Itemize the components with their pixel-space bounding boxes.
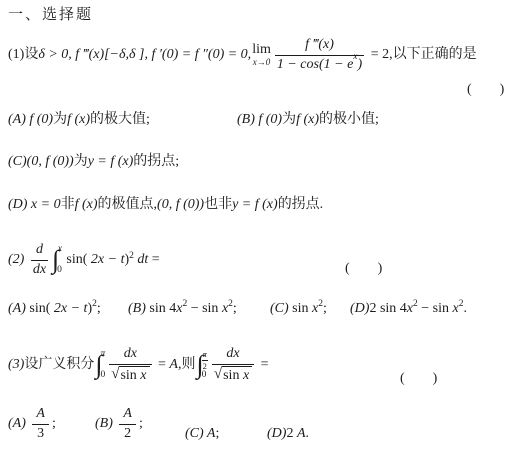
lim-subscript: x→0 xyxy=(253,58,271,67)
integral-limits: π 0 xyxy=(100,349,105,381)
fraction-numerator: A xyxy=(119,406,136,424)
text-segment: 2 xyxy=(124,426,131,442)
text-segment: (C) A xyxy=(185,426,215,443)
text-segment: A xyxy=(123,406,132,421)
text-segment: − sin xyxy=(187,301,222,318)
text-segment: 的极值点, xyxy=(98,197,158,214)
q2-ddx-fraction: d dx xyxy=(31,242,48,277)
text-segment: ; xyxy=(215,426,219,443)
text-segment: (D) xyxy=(267,426,286,443)
text-segment: (C)(0, f (0)) xyxy=(8,154,74,171)
q1-option-c: (C)(0, f (0))为y = f (x)的拐点; xyxy=(8,154,179,171)
sqrt-sign: √ xyxy=(214,366,222,383)
text-segment: − sin xyxy=(418,301,453,318)
q1-fraction: f ‴(x) 1 − cos(1 − ex) xyxy=(275,37,364,72)
q3-answer-brackets: ( ) xyxy=(400,371,438,388)
upper-limit-denominator: 2 xyxy=(203,361,207,371)
q1-option-b: (B) f (0)为f (x)的极小值; xyxy=(237,112,379,129)
upper-limit-fraction: π 2 xyxy=(202,350,208,370)
fraction-denominator: √ sin x xyxy=(109,365,151,384)
text-segment: sin xyxy=(292,301,312,318)
text-segment: 2 sin 4 xyxy=(369,301,406,318)
text-segment: 2 xyxy=(413,299,418,310)
q3-option-a-tail: ; xyxy=(52,416,56,433)
q3-option-a: (A) A 3 ; xyxy=(8,403,56,445)
text-segment: dt xyxy=(137,252,148,267)
text-segment: (2) xyxy=(8,252,28,267)
text-segment: 设广义积分 xyxy=(24,357,94,372)
text-segment: 为 xyxy=(74,154,88,171)
text-segment: f (x) xyxy=(67,112,90,129)
lim-text: lim xyxy=(252,43,271,57)
text-segment: A xyxy=(36,406,45,421)
q3-option-b-tail: ; xyxy=(139,416,143,433)
q3-integral-2: ∫ π 2 0 xyxy=(196,349,207,381)
text-segment: = 2, xyxy=(367,47,392,62)
text-segment: x xyxy=(140,368,146,383)
text-segment: f ′(0) = f ″(0) = 0, xyxy=(151,47,251,62)
integral-lower-limit: 0 xyxy=(57,266,62,276)
text-segment: sin( xyxy=(63,252,91,267)
integral-limits: π 2 0 xyxy=(202,349,208,381)
text-segment: ; xyxy=(233,301,237,318)
q3-option-c: (C) A; xyxy=(185,426,219,443)
text-segment: = xyxy=(257,357,268,372)
text-segment: 2 xyxy=(129,251,134,261)
integral-upper-limit: x xyxy=(58,245,62,255)
q3-option-a-fraction: A 3 xyxy=(32,406,49,441)
text-segment: ) xyxy=(358,57,363,73)
limit-operator: lim x→0 xyxy=(252,43,271,67)
q3-fraction-1: dx √ sin x xyxy=(109,346,151,383)
text-segment: 2x − t xyxy=(54,301,88,318)
text-segment: = xyxy=(155,357,170,372)
question-2-stem: (2) d dx ∫ x 0 sin( 2x − t)2 dt = xyxy=(8,240,160,280)
q3-mid-text: = A,则 xyxy=(155,357,196,374)
text-segment: 2 xyxy=(318,299,323,310)
text-segment: = xyxy=(148,252,159,267)
text-segment: 2x − t xyxy=(91,252,125,267)
q3-option-b-fraction: A 2 xyxy=(119,406,136,441)
q3-head-text: (3)设广义积分 xyxy=(8,357,94,374)
question-1-stem: (1)设δ > 0, f ‴(x)[−δ,δ ], f ′(0) = f ″(0… xyxy=(8,32,477,78)
q2-option-b: (B) sin 4x2 − sin x2; xyxy=(128,301,237,318)
text-segment: ; xyxy=(52,416,56,431)
text-segment: 2 xyxy=(182,299,187,310)
q3-option-b: (B) A 2 ; xyxy=(95,403,143,445)
radicand: sin x xyxy=(119,366,149,384)
text-segment: A xyxy=(297,426,306,443)
text-segment: ; xyxy=(139,416,143,431)
text-segment: 为 xyxy=(53,112,67,129)
text-segment: sin xyxy=(120,368,140,383)
text-segment: dx xyxy=(226,346,239,361)
fraction-denominator: 2 xyxy=(122,425,133,442)
text-segment: (B) f (0) xyxy=(237,112,282,129)
text-segment: 1 − cos(1 − e xyxy=(277,57,353,73)
fraction-denominator: √ sin x xyxy=(212,365,254,384)
text-segment: δ > 0, xyxy=(38,47,75,62)
fraction-numerator: dx xyxy=(212,346,254,364)
q1-option-d: (D) x = 0非f (x)的极值点,(0, f (0))也非y = f (x… xyxy=(8,197,323,214)
text-segment: (0, f (0)) xyxy=(157,197,204,214)
text-segment: (D) xyxy=(350,301,369,318)
text-segment: 的极小值; xyxy=(319,112,379,129)
sqrt-sign: √ xyxy=(111,366,119,383)
text-segment: f (x) xyxy=(296,112,319,129)
text-segment: 也非 xyxy=(204,197,232,214)
q3-option-d: (D)2 A. xyxy=(267,426,309,443)
text-segment: (A) xyxy=(8,416,29,431)
text-segment: 2 xyxy=(459,299,464,310)
q1-option-a: (A) f (0)为f (x)的极大值; xyxy=(8,112,150,129)
fraction-numerator: d xyxy=(31,242,48,260)
text-segment: ; xyxy=(323,301,327,318)
text-segment: d xyxy=(36,242,43,257)
text-segment: 的拐点. xyxy=(278,197,324,214)
q2-body-text: sin( 2x − t)2 dt = xyxy=(63,252,160,269)
text-segment: . xyxy=(306,426,310,443)
text-segment: dx xyxy=(33,262,46,278)
text-segment: (1)设 xyxy=(8,47,38,62)
integral-upper-limit: π xyxy=(100,350,105,360)
text-segment: (A) xyxy=(8,301,29,318)
text-segment: 3 xyxy=(37,426,44,442)
q3-option-a-label: (A) xyxy=(8,416,29,433)
text-segment: sin 4 xyxy=(149,301,176,318)
text-segment: sin( xyxy=(29,301,54,318)
fraction-numerator: f ‴(x) xyxy=(275,37,364,55)
text-segment: 2 xyxy=(92,299,97,310)
text-segment: 的极大值; xyxy=(90,112,150,129)
q1-head-text: (1)设δ > 0, f ‴(x)[−δ,δ ], f ′(0) = f ″(0… xyxy=(8,47,251,64)
section-title: 一、选择题 xyxy=(8,6,93,24)
text-segment: ; xyxy=(97,301,101,318)
text-segment: f ‴(x)[−δ,δ ], xyxy=(75,47,151,62)
text-segment: sin xyxy=(223,368,243,383)
question-3-stem: (3)设广义积分 ∫ π 0 dx √ sin x = A,则 ∫ π 2 0 xyxy=(8,340,269,390)
text-segment: f (x) xyxy=(75,197,98,214)
fraction-numerator: A xyxy=(32,406,49,424)
text-segment: (A) f (0) xyxy=(8,112,53,129)
integral-lower-limit: 0 xyxy=(100,371,105,381)
q2-option-c: (C) sin x2; xyxy=(270,301,327,318)
text-segment: (B) xyxy=(128,301,149,318)
text-segment: 则 xyxy=(181,357,195,372)
fraction-denominator: 1 − cos(1 − ex) xyxy=(275,56,364,73)
integral-limits: x 0 xyxy=(57,244,62,276)
text-segment: (D) x = 0 xyxy=(8,197,61,214)
q3-option-b-label: (B) xyxy=(95,416,116,433)
text-segment: dx xyxy=(124,346,137,361)
exam-page: 一、选择题 (1)设δ > 0, f ‴(x)[−δ,δ ], f ′(0) =… xyxy=(0,0,526,451)
text-segment: 2 xyxy=(228,299,233,310)
q2-integral: ∫ x 0 xyxy=(52,244,62,276)
text-segment: (B) xyxy=(95,416,116,431)
text-segment: x xyxy=(243,368,249,383)
text-segment: 的拐点; xyxy=(133,154,179,171)
radicand: sin x xyxy=(222,366,252,384)
q3-fraction-2: dx √ sin x xyxy=(212,346,254,383)
integral-lower-limit: 0 xyxy=(202,371,207,381)
text-segment: 2 xyxy=(286,426,297,443)
fraction-numerator: dx xyxy=(109,346,151,364)
upper-limit-numerator: π xyxy=(202,350,208,361)
q2-label: (2) xyxy=(8,252,28,269)
text-segment: (C) xyxy=(270,301,292,318)
text-segment: (3) xyxy=(8,357,24,372)
q1-tail-text: = 2,以下正确的是 xyxy=(367,47,476,64)
q1-answer-brackets: ( ) xyxy=(467,82,505,99)
text-segment: 非 xyxy=(61,197,75,214)
text-segment: 为 xyxy=(282,112,296,129)
text-segment: x xyxy=(353,52,357,68)
text-segment: y = f (x) xyxy=(232,197,278,214)
text-segment: 以下正确的是 xyxy=(393,47,477,62)
fraction-denominator: dx xyxy=(31,261,48,278)
q3-tail-text: = xyxy=(257,357,268,374)
text-segment: y = f (x) xyxy=(88,154,134,171)
q2-option-a: (A) sin( 2x − t)2; xyxy=(8,301,101,318)
fraction-denominator: 3 xyxy=(35,425,46,442)
text-segment: . xyxy=(463,301,467,318)
text-segment: A xyxy=(169,357,178,372)
q3-integral-1: ∫ π 0 xyxy=(95,349,105,381)
text-segment: f ‴(x) xyxy=(305,37,334,52)
q2-option-d: (D)2 sin 4x2 − sin x2. xyxy=(350,301,467,318)
q2-answer-brackets: ( ) xyxy=(345,261,383,278)
